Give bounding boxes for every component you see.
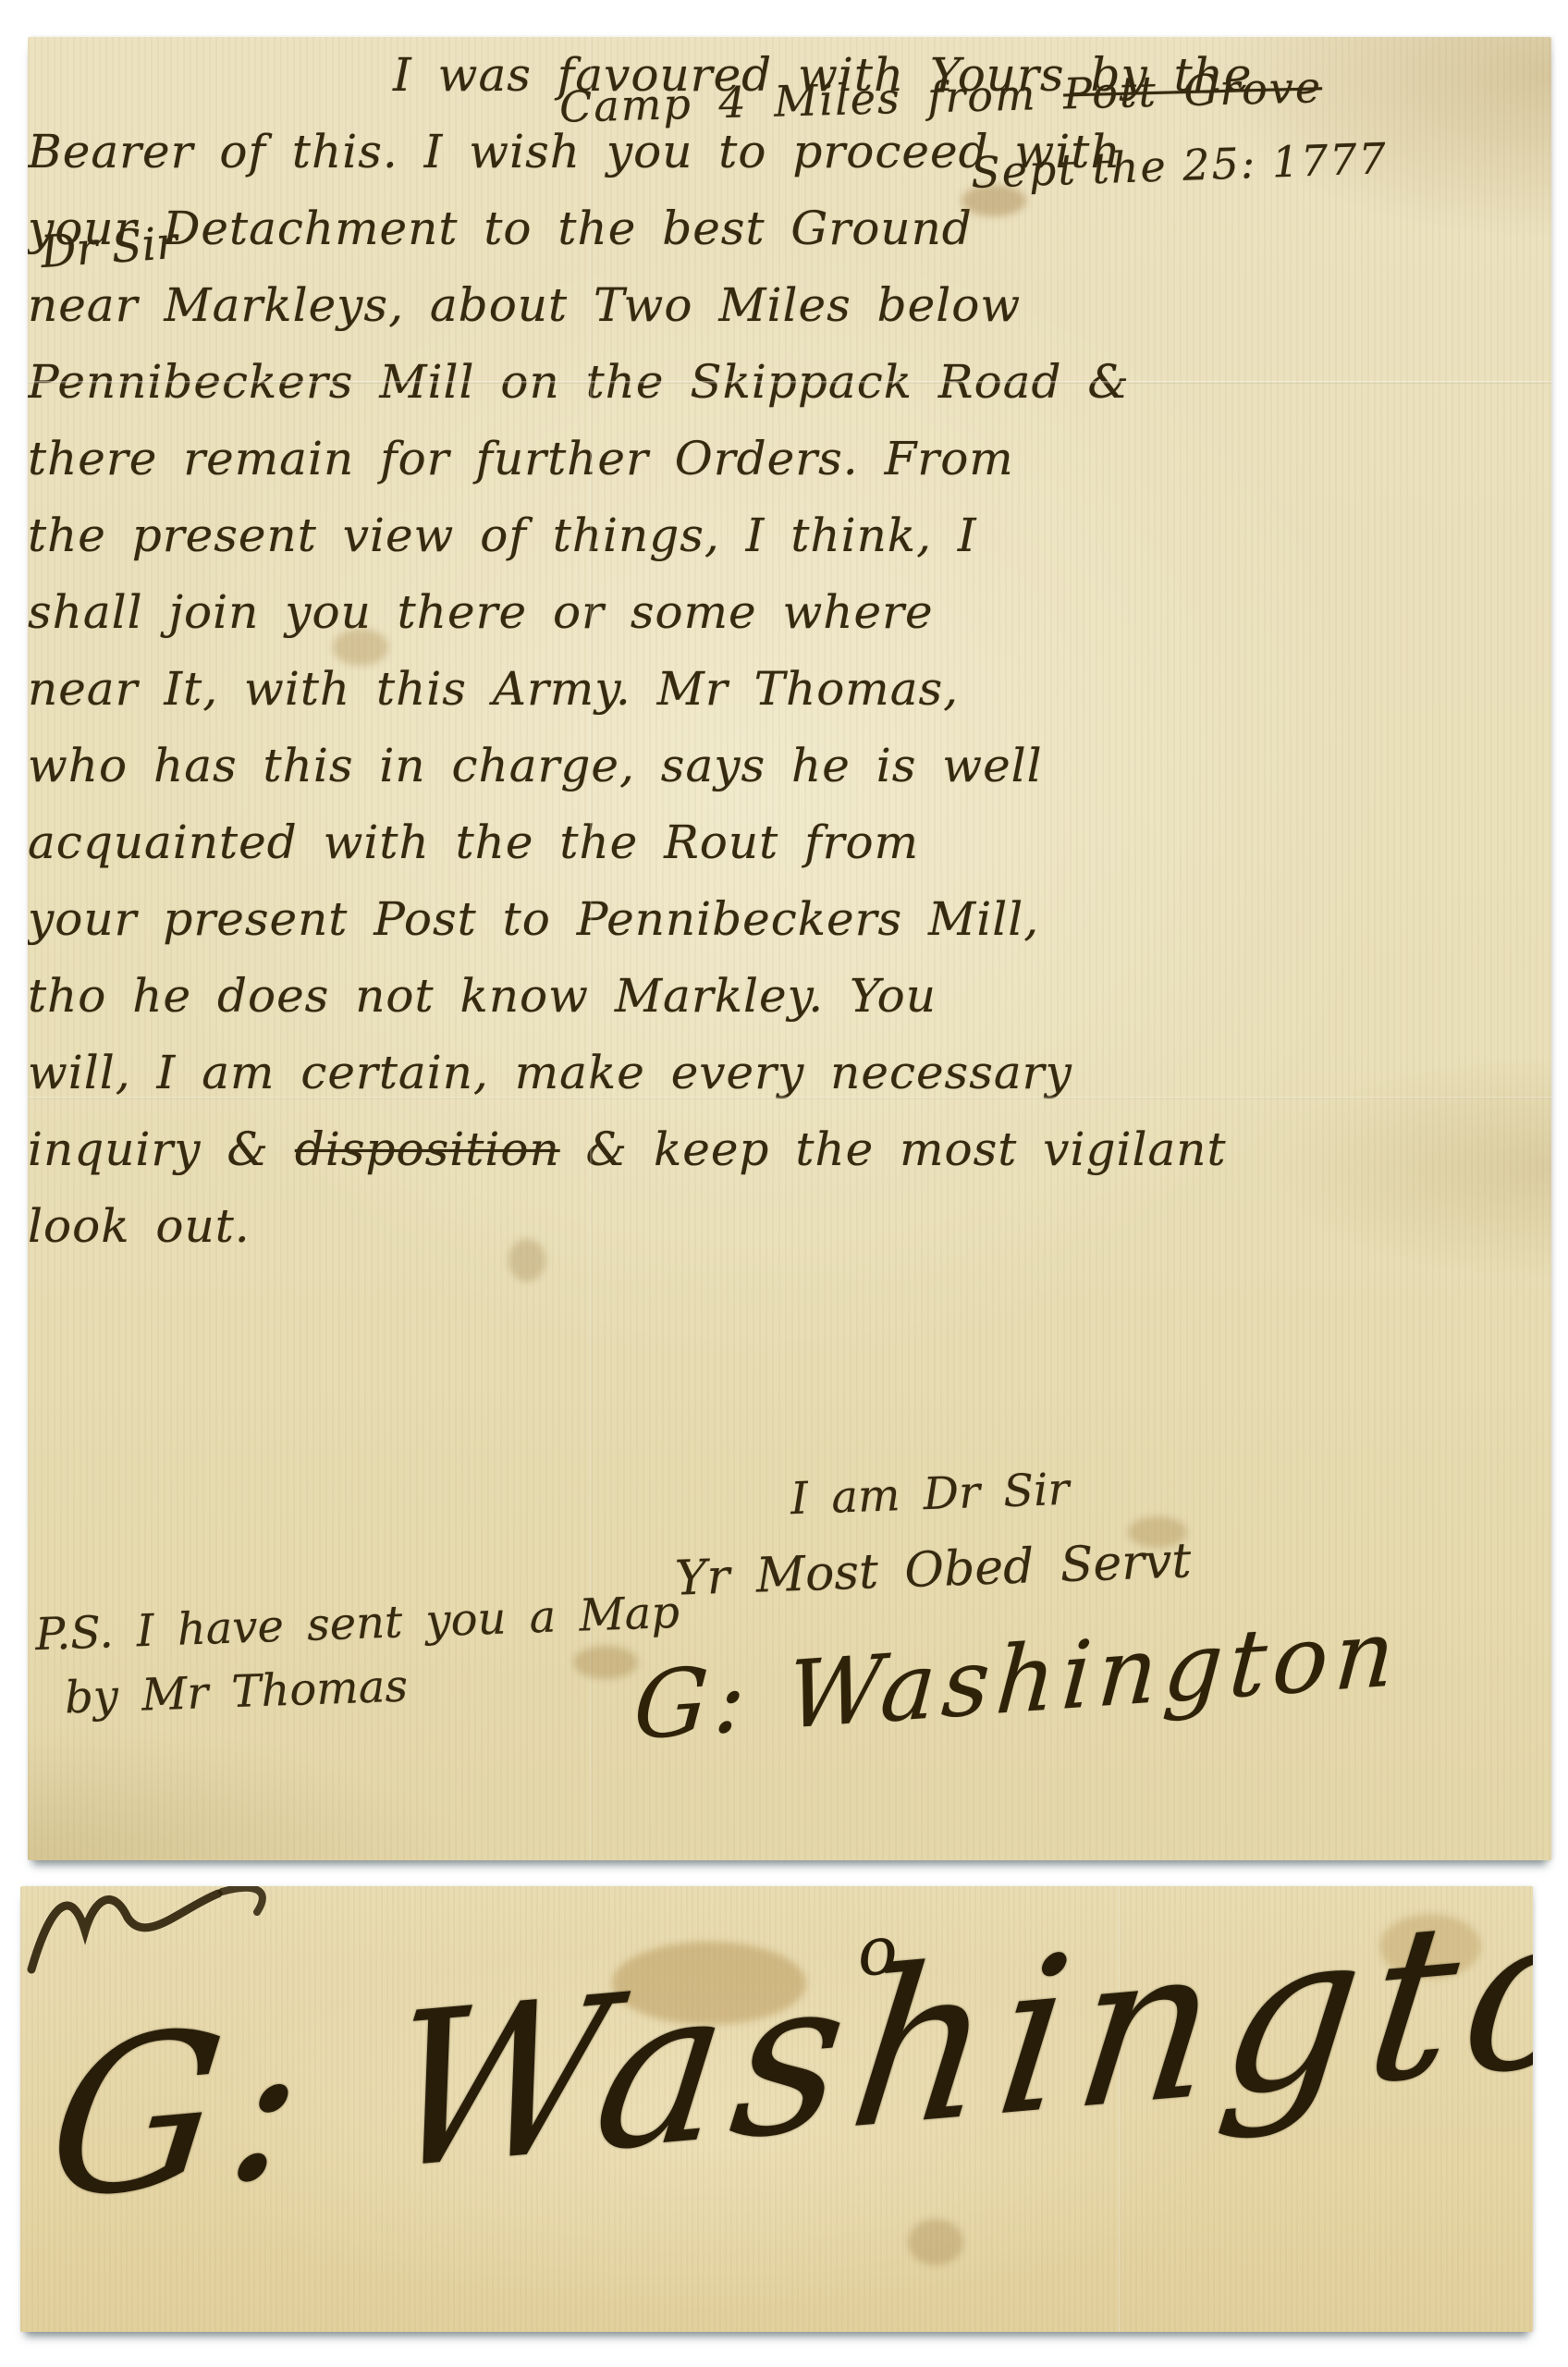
letter-body: I was favoured with Yours by the Bearer … <box>28 37 1304 1265</box>
body-text: & keep the most vigilant <box>560 1122 1227 1176</box>
ink-stain <box>908 2219 963 2265</box>
letter-photograph: Camp 4 Miles from Pott Grove Sept the 25… <box>28 37 1551 1860</box>
body-line: your Detachment to the best Ground <box>28 190 1304 267</box>
salutation: Dr Sir <box>39 217 178 278</box>
body-line: your present Post to Pennibeckers Mill, <box>28 881 1304 958</box>
ink-stain <box>333 629 388 666</box>
body-line: will, I am certain, make every necessary <box>28 1035 1304 1111</box>
body-line-with-strike: inquiry & disposition & keep the most vi… <box>28 1111 1304 1188</box>
struck-word: disposition <box>295 1122 560 1176</box>
screenshot: Camp 4 Miles from Pott Grove Sept the 25… <box>0 0 1568 2367</box>
dateline-place-struck: Pott Grove <box>1062 62 1322 118</box>
fold-crease <box>28 1097 1551 1099</box>
washington-signature: G: Washington <box>631 1599 1404 1761</box>
body-line: there remain for further Orders. From <box>28 421 1304 497</box>
body-line: near It, with this Army. Mr Thomas, <box>28 651 1304 728</box>
fold-crease <box>590 37 593 1860</box>
body-line: the present view of things, I think, I <box>28 497 1304 574</box>
postscript-line: by Mr Thomas <box>64 1661 409 1724</box>
body-line: acquainted with the the Rout from <box>28 804 1304 881</box>
closing-line: Yr Most Obed Servt <box>674 1533 1192 1606</box>
body-line: look out. <box>28 1188 1304 1265</box>
ink-stain <box>573 1646 638 1679</box>
body-line: tho he does not know Markley. You <box>28 958 1304 1035</box>
signature-closeup-photograph: o G: Washington <box>20 1886 1533 2332</box>
cropped-writing-fragment <box>24 1886 338 1982</box>
body-line: shall join you there or some where <box>28 574 1304 651</box>
fold-crease <box>28 381 1551 384</box>
closing-line: I am Dr Sir <box>790 1464 1070 1525</box>
body-line: who has this in charge, says he is well <box>28 728 1304 804</box>
ink-stain <box>508 1239 545 1282</box>
body-text: inquiry & <box>28 1122 295 1176</box>
body-line: near Markleys, about Two Miles below <box>28 267 1304 344</box>
